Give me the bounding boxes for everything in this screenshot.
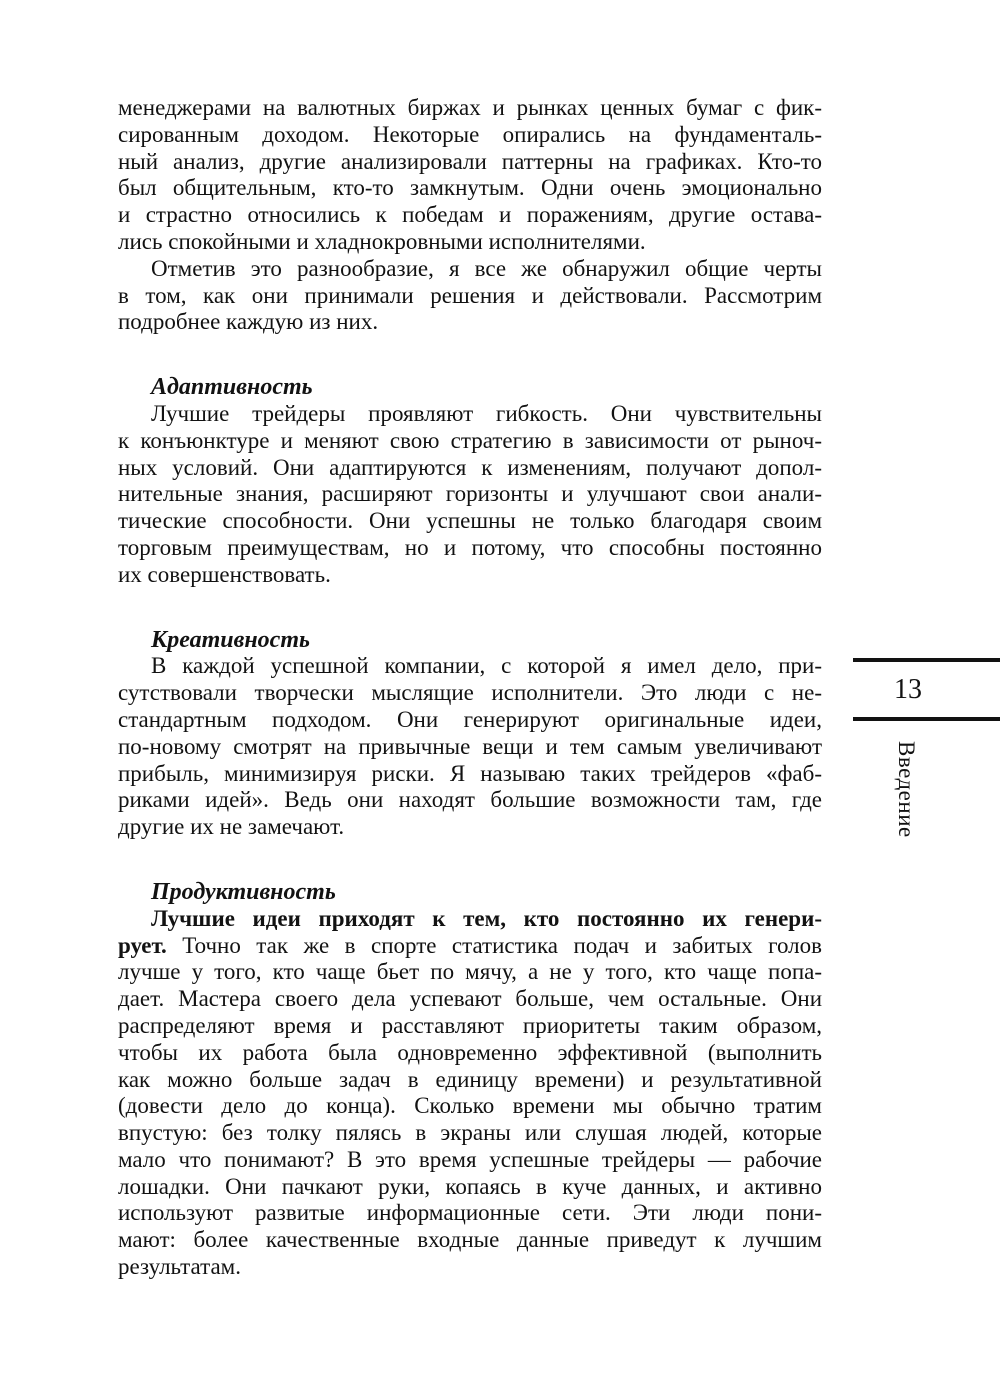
text-line: по-новому смотрят на привычные вещи и те… [118, 734, 822, 761]
text-line: был общительным, кто-то замкнутым. Одни … [118, 175, 822, 202]
text-line: подробнее каждую из них. [118, 309, 822, 336]
text-line: менеджерами на валютных биржах и рынках … [118, 95, 822, 122]
text-line: их совершенствовать. [118, 562, 822, 589]
text-line: В каждой успешной компании, с которой я … [118, 653, 822, 680]
text-line: сутствовали творчески мыслящие исполните… [118, 680, 822, 707]
section-heading: Продуктивность [118, 879, 822, 906]
text-line: риками идей». Ведь они находят большие в… [118, 787, 822, 814]
paragraph: В каждой успешной компании, с которой я … [118, 653, 822, 841]
text-line: ных условий. Они адаптируются к изменени… [118, 455, 822, 482]
text-line: нительные знания, расширяют горизонты и … [118, 481, 822, 508]
paragraph: Лучшие трейдеры проявляют гибкость. Они … [118, 401, 822, 589]
paragraph: менеджерами на валютных биржах и рынках … [118, 95, 822, 256]
text-line: распределяют время и расставляют приорит… [118, 1013, 822, 1040]
text-line: впустую: без толку пялясь в экраны или с… [118, 1120, 822, 1147]
text-line: используют развитые информационные сети.… [118, 1200, 822, 1227]
text-line: мают: более качественные входные данные … [118, 1227, 822, 1254]
text-line: мало что понимают? В это время успешные … [118, 1147, 822, 1174]
text-line: Лучшие трейдеры проявляют гибкость. Они … [118, 401, 822, 428]
chapter-margin-title: Введение [893, 741, 919, 838]
text-line: в том, как они принимали решения и дейст… [118, 283, 822, 310]
text-line: (довести дело до конца). Сколько времени… [118, 1093, 822, 1120]
section-heading: Адаптивность [118, 374, 822, 401]
text-line: Отметив это разнообразие, я все же обнар… [118, 256, 822, 283]
page-number-rule-bottom [853, 717, 1000, 721]
text-line: результатам. [118, 1254, 822, 1281]
text-column: менеджерами на валютных биржах и рынках … [118, 95, 822, 1281]
text-line: прибыль, минимизируя риски. Я называю та… [118, 761, 822, 788]
text-line: к конъюнктуре и меняют свою стратегию в … [118, 428, 822, 455]
text-line: лошадки. Они пачкают руки, копаясь в куч… [118, 1174, 822, 1201]
page-number-rule-top [853, 658, 1000, 662]
paragraph: Лучшие идеи приходят к тем, кто постоянн… [118, 906, 822, 1281]
text-line: сированным доходом. Некоторые опирались … [118, 122, 822, 149]
section-heading: Креативность [118, 627, 822, 654]
text-line: как можно больше задач в единицу времени… [118, 1067, 822, 1094]
text-line: торговым преимуществам, но и потому, что… [118, 535, 822, 562]
page-number: 13 [853, 668, 963, 712]
text-line: лучше у того, кто чаще бьет по мячу, а н… [118, 959, 822, 986]
book-page: менеджерами на валютных биржах и рынках … [0, 0, 1000, 1382]
paragraph: Отметив это разнообразие, я все же обнар… [118, 256, 822, 336]
text-line: лись спокойными и хладнокровными исполни… [118, 229, 822, 256]
text-line: Лучшие идеи приходят к тем, кто постоянн… [118, 906, 822, 933]
text-line: чтобы их работа была одновременно эффект… [118, 1040, 822, 1067]
text-line: ный анализ, другие анализировали паттерн… [118, 149, 822, 176]
text-line: тические способности. Они успешны не тол… [118, 508, 822, 535]
text-line: и страстно относились к победам и пораже… [118, 202, 822, 229]
text-line: рует. Точно так же в спорте статистика п… [118, 933, 822, 960]
text-line: стандартным подходом. Они генерируют ори… [118, 707, 822, 734]
text-line: другие их не замечают. [118, 814, 822, 841]
text-line: дает. Мастера своего дела успевают больш… [118, 986, 822, 1013]
